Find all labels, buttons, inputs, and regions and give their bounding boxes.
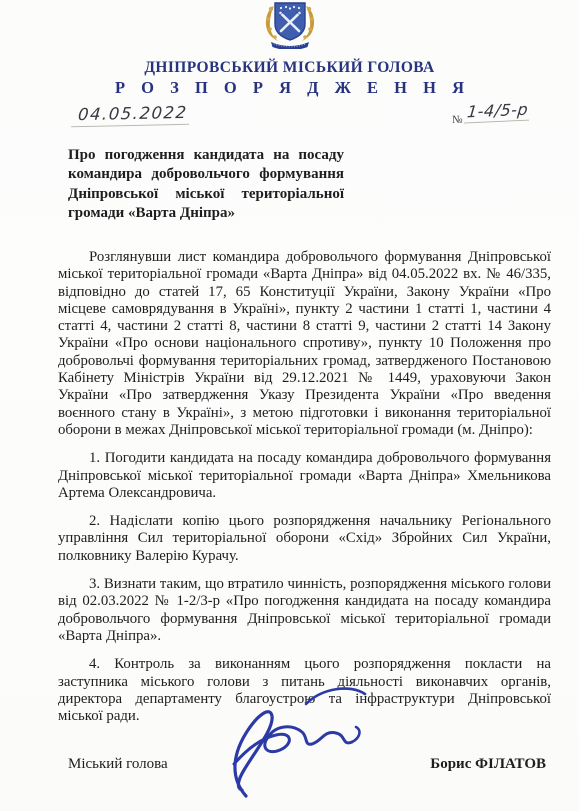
document-type-title: Р О З П О Р Я Д Ж Е Н Н Я	[0, 78, 579, 98]
scanned-document-page: ДНІПРОВСЬКИЙ МІСЬКИЙ ГОЛОВА Р О З П О Р …	[0, 0, 579, 811]
paragraph-item-3: 3. Визнати таким, що втратило чинність, …	[58, 576, 551, 645]
signer-name: Борис ФІЛАТОВ	[430, 756, 546, 773]
document-subject: Про погодження кандидата на посаду коман…	[68, 146, 344, 224]
paragraph-item-2: 2. Надіслати копію цього розпорядження н…	[58, 513, 551, 565]
issuing-authority-title: ДНІПРОВСЬКИЙ МІСЬКИЙ ГОЛОВА	[0, 59, 579, 77]
document-body: Розглянувши лист командира добровольчого…	[58, 249, 551, 736]
document-number-block: № 1-4/5-р	[452, 101, 548, 122]
city-coat-of-arms-icon	[259, 1, 321, 54]
signature-ink-icon	[200, 678, 380, 808]
signer-position: Міський голова	[68, 756, 168, 773]
number-sign-label: №	[452, 114, 463, 126]
document-date-handwritten: 04.05.2022	[71, 103, 191, 128]
paragraph-preamble: Розглянувши лист командира добровольчого…	[58, 249, 551, 439]
paragraph-item-1: 1. Погодити кандидата на посаду командир…	[58, 450, 551, 502]
document-number-handwritten: 1-4/5-р	[464, 100, 531, 124]
